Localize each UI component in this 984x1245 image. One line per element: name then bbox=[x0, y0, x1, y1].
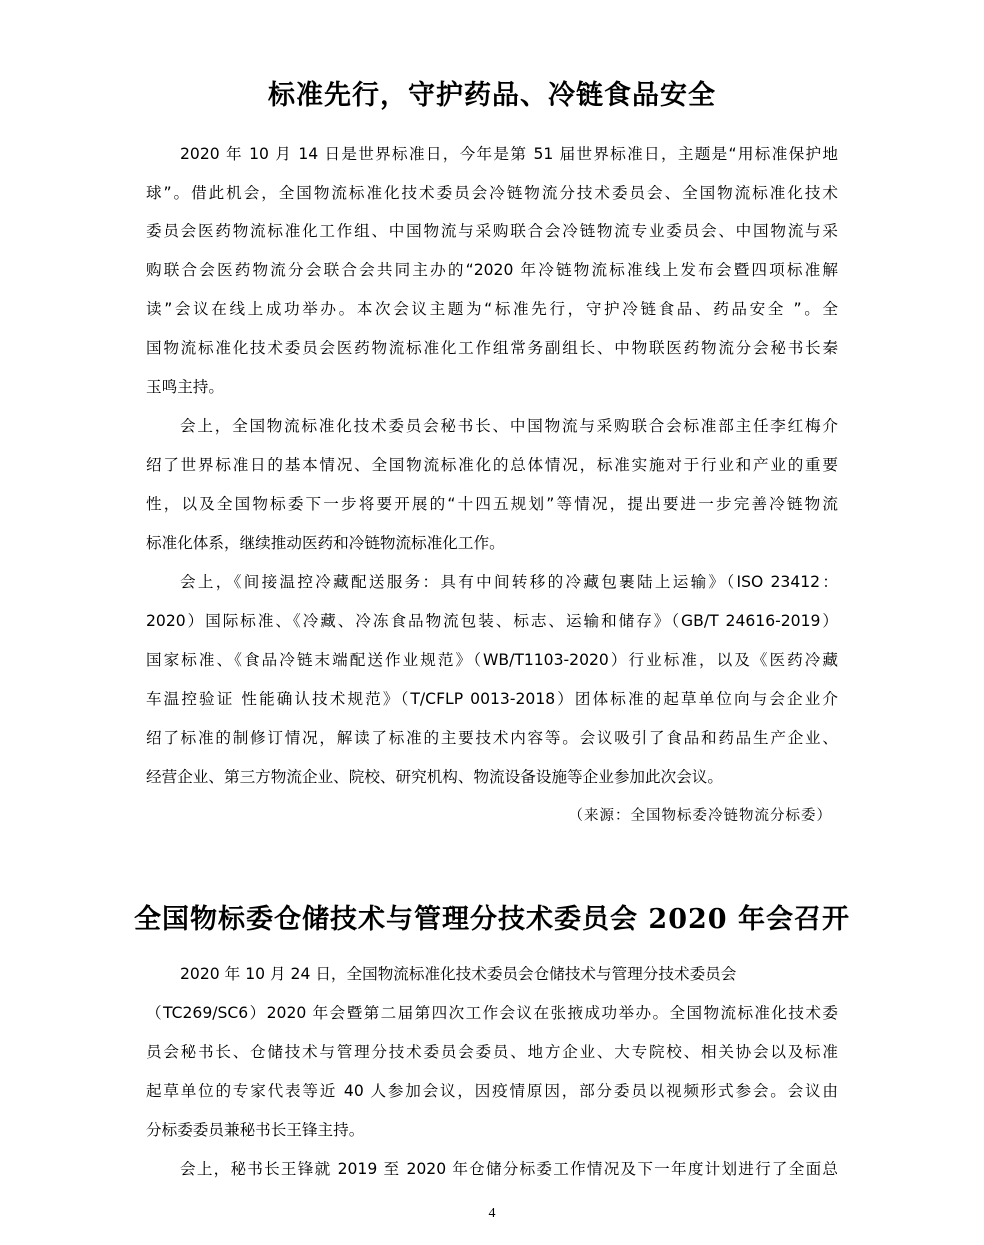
article-2-p2-line-1: 会上，秘书长王锋就 2019 至 2020 年仓储分标委工作情况及下一年度计划进… bbox=[180, 1159, 838, 1179]
article-1-p2-line-3: 性，以及全国物标委下一步将要开展的“十四五规划”等情况，提出要进一步完善冷链物流 bbox=[146, 494, 838, 514]
article-1-p3-line-2: 2020）国际标准、《冷藏、冷冻食品物流包装、标志、运输和储存》（GB/T 24… bbox=[146, 611, 838, 631]
article-2-p1-line-2: （TC269/SC6）2020 年会暨第二届第四次工作会议在张掖成功举办。全国物… bbox=[146, 1003, 838, 1023]
article-2-p1-line-3: 员会秘书长、仓储技术与管理分技术委员会委员、地方企业、大专院校、相关协会以及标准 bbox=[146, 1042, 838, 1062]
article-1-p1-line-1: 2020 年 10 月 14 日是世界标准日，今年是第 51 届世界标准日，主题… bbox=[180, 144, 838, 164]
article-1-p3-line-5: 绍了标准的制修订情况，解读了标准的主要技术内容等。会议吸引了食品和药品生产企业、 bbox=[146, 728, 838, 748]
article-1-p1-line-5: 读”会议在线上成功举办。本次会议主题为“标准先行，守护冷链食品、药品安全 ”。全 bbox=[146, 299, 838, 319]
article-1-p2-line-1: 会上，全国物流标准化技术委员会秘书长、中国物流与采购联合会标准部主任李红梅介 bbox=[180, 416, 838, 436]
page-number: 4 bbox=[0, 1205, 984, 1223]
article-1-source: （来源：全国物标委冷链物流分标委） bbox=[569, 806, 833, 826]
article-1-p1-line-4: 购联合会医药物流分会联合会共同主办的“2020 年冷链物流标准线上发布会暨四项标… bbox=[146, 260, 838, 280]
article-1-p1-line-3: 委员会医药物流标准化工作组、中国物流与采购联合会冷链物流专业委员会、中国物流与采 bbox=[146, 221, 838, 241]
article-2-p1-line-1: 2020 年 10 月 24 日，全国物流标准化技术委员会仓储技术与管理分技术委… bbox=[180, 964, 838, 984]
article-1-p2-line-4: 标准化体系，继续推动医药和冷链物流标准化工作。 bbox=[146, 533, 838, 553]
article-1-p2-line-2: 绍了世界标准日的基本情况、全国物流标准化的总体情况，标准实施对于行业和产业的重要 bbox=[146, 455, 838, 475]
article-1-p3-line-3: 国家标准、《食品冷链末端配送作业规范》（WB/T1103-2020）行业标准，以… bbox=[146, 650, 838, 670]
document-page: 标准先行，守护药品、冷链食品安全 2020 年 10 月 14 日是世界标准日，… bbox=[0, 0, 984, 1245]
article-2-p1-line-4: 起草单位的专家代表等近 40 人参加会议，因疫情原因，部分委员以视频形式参会。会… bbox=[146, 1081, 838, 1101]
article-1-p3-line-6: 经营企业、第三方物流企业、院校、研究机构、物流设备设施等企业参加此次会议。 bbox=[146, 767, 838, 787]
article-2-p1-line-5: 分标委委员兼秘书长王锋主持。 bbox=[146, 1120, 838, 1140]
article-2-title: 全国物标委仓储技术与管理分技术委员会 2020 年会召开 bbox=[0, 902, 984, 938]
article-1-p1-line-7: 玉鸣主持。 bbox=[146, 377, 838, 397]
article-1-p3-line-4: 车温控验证 性能确认技术规范》（T/CFLP 0013-2018）团体标准的起草… bbox=[146, 689, 838, 709]
article-1-p3-line-1: 会上，《间接温控冷藏配送服务：具有中间转移的冷藏包裹陆上运输》（ISO 2341… bbox=[180, 572, 838, 592]
article-1-title: 标准先行，守护药品、冷链食品安全 bbox=[0, 78, 984, 114]
article-1-p1-line-6: 国物流标准化技术委员会医药物流标准化工作组常务副组长、中物联医药物流分会秘书长秦 bbox=[146, 338, 838, 358]
article-1-p1-line-2: 球”。借此机会，全国物流标准化技术委员会冷链物流分技术委员会、全国物流标准化技术 bbox=[146, 183, 838, 203]
